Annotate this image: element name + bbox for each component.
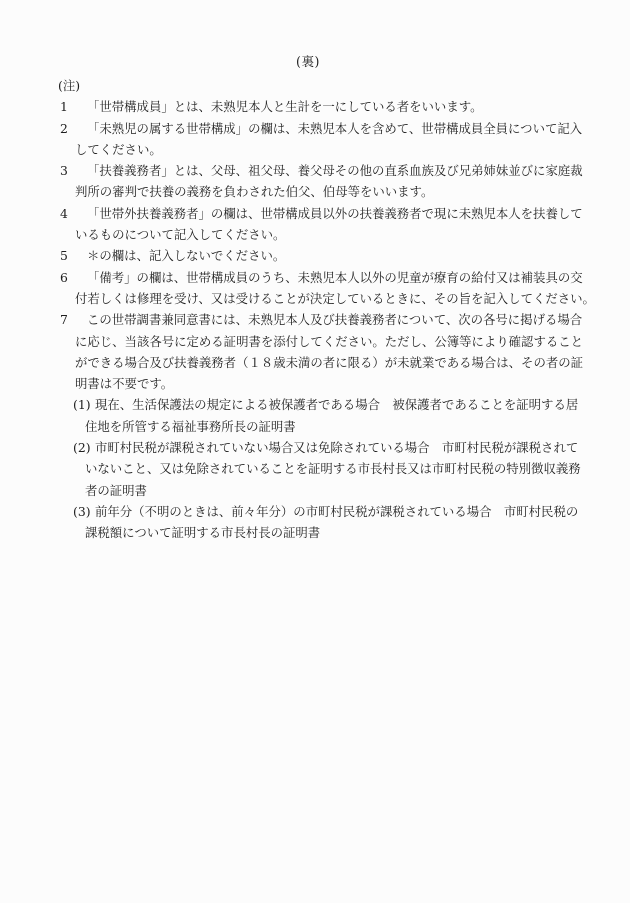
note-line-text: 判所の審判で扶養の義務を負わされた伯父、伯母等をいいます。 [75,181,433,202]
note-line: いるものについて記入してください。 [0,224,630,245]
note-line-marker: 1 [60,96,68,117]
note-line: 住地を所管する福祉事務所長の証明書 [0,416,630,437]
note-line-marker: 6 [60,267,68,288]
note-line-marker: (1) [73,394,91,415]
notes-section: (注) 1 「世帯構成員」とは、未熟児本人と生計を一にしている者をいいます。 2… [0,75,630,544]
note-line-marker: 3 [60,160,68,181]
note-line-marker: 2 [60,118,68,139]
note-line: (1) 現在、生活保護法の規定による被保護者である場合 被保護者であることを証明… [0,394,630,415]
note-line-text: 現在、生活保護法の規定による被保護者である場合 被保護者であることを証明する居 [95,394,578,415]
note-line-text: 住地を所管する福祉事務所長の証明書 [85,416,296,437]
document-page: (裏) (注) 1 「世帯構成員」とは、未熟児本人と生計を一にしている者をいいま… [0,0,630,903]
note-line: 3 「扶養義務者」とは、父母、祖父母、養父母その他の直系血族及び兄弟姉妹並びに家… [0,160,630,181]
note-line-text: 明書は不要です。 [75,373,173,394]
note-line: 4 「世帯外扶養義務者」の欄は、世帯構成員以外の扶養義務者で現に未熟児本人を扶養… [0,203,630,224]
note-line-marker: 5 [60,245,68,266]
note-line-text: 者の証明書 [85,480,147,501]
note-line: 判所の審判で扶養の義務を負わされた伯父、伯母等をいいます。 [0,181,630,202]
note-line-text: いるものについて記入してください。 [75,224,285,245]
note-line-text: いないこと、又は免除されていることを証明する市長村長又は市町村民税の特別徴収義務 [85,458,581,479]
note-line-text: この世帯調書兼同意書には、未熟児本人及び扶養義務者について、次の各号に掲げる場合 [87,309,582,330]
note-line-text: 「未熟児の属する世帯構成」の欄は、未熟児本人を含めて、世帯構成員全員について記入 [87,118,582,139]
note-line: 2 「未熟児の属する世帯構成」の欄は、未熟児本人を含めて、世帯構成員全員について… [0,118,630,139]
note-line-text: 課税額について証明する市長村長の証明書 [85,522,320,543]
note-line: ができる場合及び扶養義務者（１８歳未満の者に限る）が未就業である場合は、その者の… [0,352,630,373]
note-line-marker: (3) [73,501,91,522]
note-line-marker: (2) [73,437,91,458]
note-line: (3) 前年分（不明のときは、前々年分）の市町村民税が課税されている場合 市町村… [0,501,630,522]
note-line-text: してください。 [75,139,162,160]
note-line-text: 「扶養義務者」とは、父母、祖父母、養父母その他の直系血族及び兄弟姉妹並びに家庭裁 [87,160,583,181]
note-line: いないこと、又は免除されていることを証明する市長村長又は市町村民税の特別徴収義務 [0,458,630,479]
note-line: 者の証明書 [0,480,630,501]
note-line: 付若しくは修理を受け、又は受けることが決定しているときに、その旨を記入してくださ… [0,288,630,309]
note-line: 課税額について証明する市長村長の証明書 [0,522,630,543]
note-lines: 1 「世帯構成員」とは、未熟児本人と生計を一にしている者をいいます。 2 「未熟… [0,96,630,543]
note-line-text: 付若しくは修理を受け、又は受けることが決定しているときに、その旨を記入してくださ… [75,288,595,309]
note-line-text: 市町村民税が課税されていない場合又は免除されている場合 市町村民税が課税されて [95,437,578,458]
note-line-text: 前年分（不明のときは、前々年分）の市町村民税が課税されている場合 市町村民税の [95,501,578,522]
note-line: (2) 市町村民税が課税されていない場合又は免除されている場合 市町村民税が課税… [0,437,630,458]
note-line: 5 ＊の欄は、記入しないでください。 [0,245,630,266]
note-line-text: 「世帯構成員」とは、未熟児本人と生計を一にしている者をいいます。 [87,96,483,117]
note-line-text: ＊の欄は、記入しないでください。 [87,245,285,266]
notes-heading-label: (注) [58,75,80,96]
notes-heading: (注) [0,75,630,96]
note-line-marker: 4 [60,203,68,224]
note-line: 6 「備考」の欄は、世帯構成員のうち、未熟児本人以外の児童が療育の給付又は補装具… [0,267,630,288]
note-line: 1 「世帯構成員」とは、未熟児本人と生計を一にしている者をいいます。 [0,96,630,117]
note-line: 7 この世帯調書兼同意書には、未熟児本人及び扶養義務者について、次の各号に掲げる… [0,309,630,330]
note-line: してください。 [0,139,630,160]
note-line-marker: 7 [60,309,68,330]
page-side-label: (裏) [0,54,616,70]
note-line: 明書は不要です。 [0,373,630,394]
note-line-text: に応じ、当該各号に定める証明書を添付してください。ただし、公簿等により確認するこ… [75,331,583,352]
note-line: に応じ、当該各号に定める証明書を添付してください。ただし、公簿等により確認するこ… [0,331,630,352]
note-line-text: 「備考」の欄は、世帯構成員のうち、未熟児本人以外の児童が療育の給付又は補装具の交 [87,267,583,288]
note-line-text: ができる場合及び扶養義務者（１８歳未満の者に限る）が未就業である場合は、その者の… [75,352,583,373]
note-line-text: 「世帯外扶養義務者」の欄は、世帯構成員以外の扶養義務者で現に未熟児本人を扶養して [87,203,583,224]
